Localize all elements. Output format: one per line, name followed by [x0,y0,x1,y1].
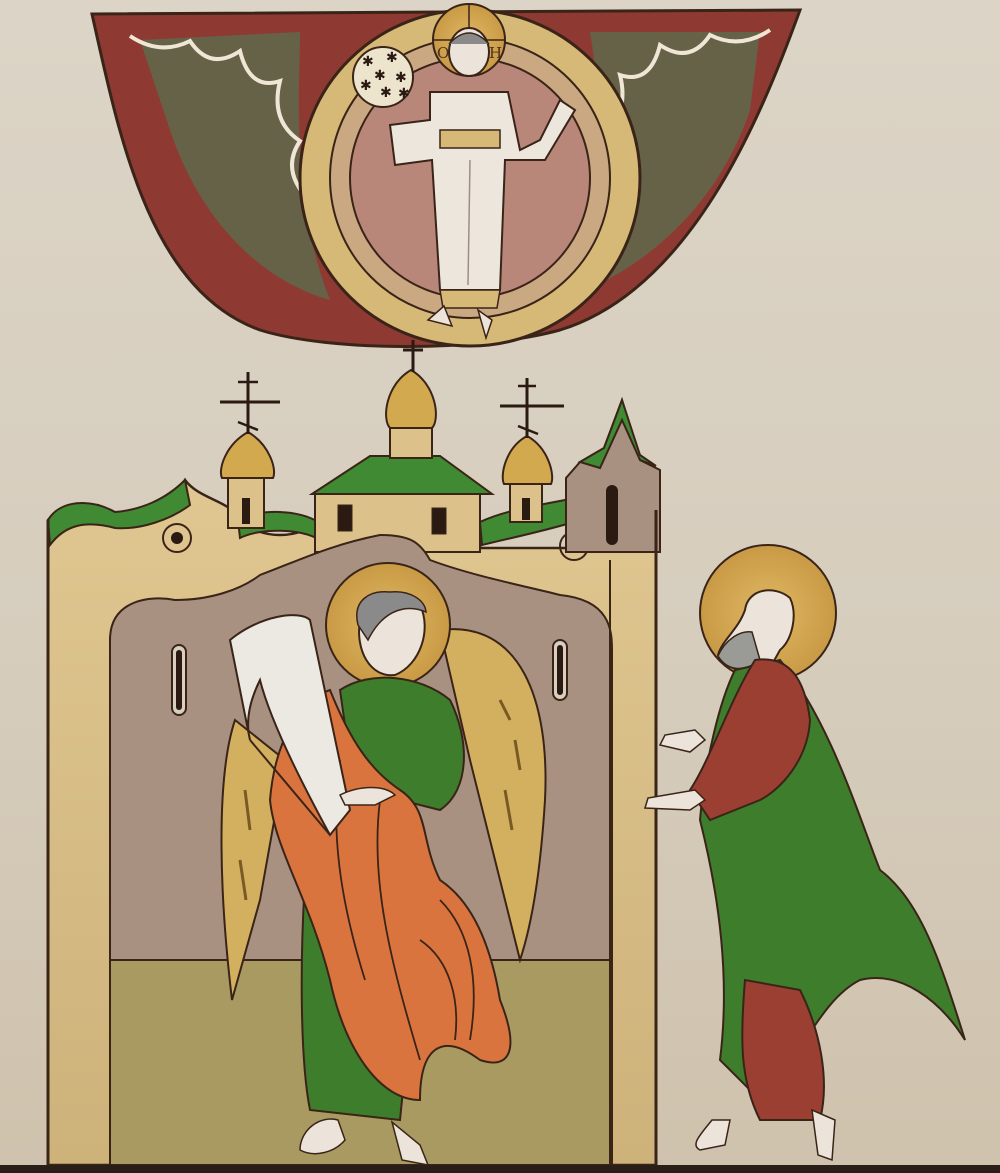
svg-text:✱: ✱ [360,78,372,94]
svg-text:✱: ✱ [374,68,386,84]
svg-text:✱: ✱ [398,86,410,102]
star-orb: ✱✱ ✱✱ ✱✱ ✱ [353,47,413,107]
svg-text:✱: ✱ [395,70,407,86]
svg-text:✱: ✱ [362,54,374,70]
halo-letter-right: Н [489,44,502,62]
svg-text:✱: ✱ [380,85,392,101]
miniature-illustration: О Н ✱✱ ✱✱ ✱✱ ✱ [0,0,1000,1173]
apostle-figure [645,545,965,1160]
page-bottom-edge [0,1165,1000,1173]
halo-letter-left: О [437,44,449,62]
svg-text:✱: ✱ [386,50,398,66]
manuscript-page: О Н ✱✱ ✱✱ ✱✱ ✱ [0,0,1000,1173]
